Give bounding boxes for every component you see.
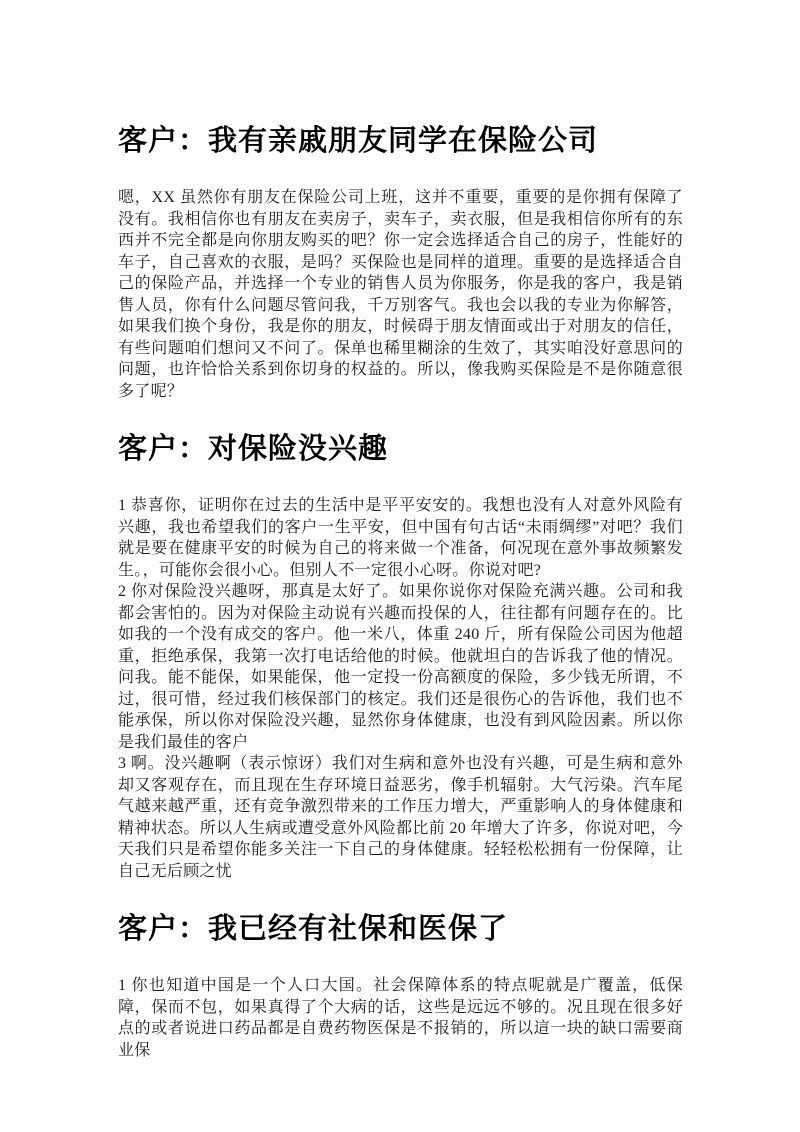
paragraph: 3 啊。没兴趣啊（表示惊讶）我们对生病和意外也没有兴趣，可是生病和意外却又客观存… [118,753,683,882]
section-no-interest-in-insurance: 客户：对保险没兴趣 1 恭喜你，证明你在过去的生活中是平平安安的。我想也没有人对… [118,430,683,882]
section-heading: 客户：我已经有社保和医保了 [118,910,683,948]
paragraph: 1 你也知道中国是一个人口大国。社会保障体系的特点呢就是广覆盖，低保障，保而不包… [118,975,683,1061]
paragraph: 1 恭喜你，证明你在过去的生活中是平平安安的。我想也没有人对意外风险有兴趣，我也… [118,495,683,581]
section-heading: 客户：对保险没兴趣 [118,430,683,468]
section-already-have-social-insurance: 客户：我已经有社保和医保了 1 你也知道中国是一个人口大国。社会保障体系的特点呢… [118,910,683,1061]
paragraph: 嗯，XX 虽然你有朋友在保险公司上班，这并不重要，重要的是你拥有保障了没有。我相… [118,187,683,402]
section-friends-in-insurance: 客户：我有亲戚朋友同学在保险公司 嗯，XX 虽然你有朋友在保险公司上班，这并不重… [118,122,683,402]
paragraph: 2 你对保险没兴趣呀，那真是太好了。如果你说你对保险充满兴趣。公司和我都会害怕的… [118,581,683,753]
document-page: 客户：我有亲戚朋友同学在保险公司 嗯，XX 虽然你有朋友在保险公司上班，这并不重… [0,0,800,1132]
section-heading: 客户：我有亲戚朋友同学在保险公司 [118,122,683,160]
